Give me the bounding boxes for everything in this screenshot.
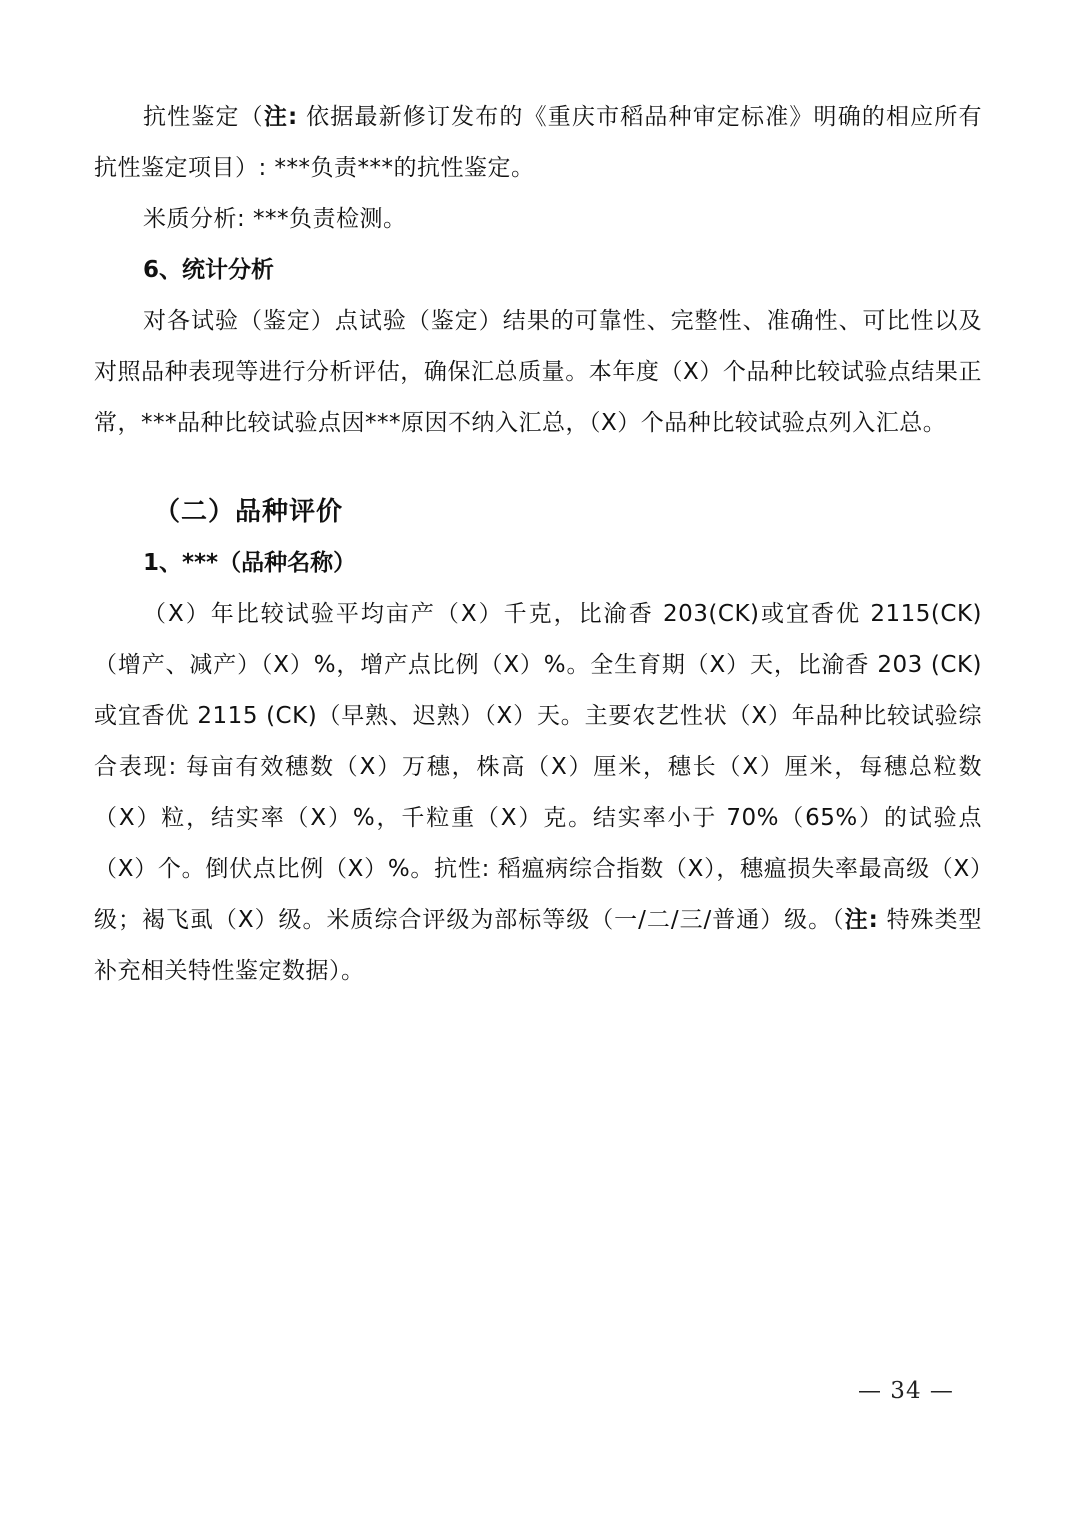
rice-quality-paragraph: 米质分析: ***负责检测。 bbox=[94, 194, 982, 245]
resistance-lead: 抗性鉴定（ bbox=[143, 104, 264, 130]
note-label: 注: bbox=[264, 104, 298, 130]
special-note-label: 注: bbox=[845, 907, 879, 933]
special-note-lead: （ bbox=[832, 907, 844, 933]
evaluation-paragraph: （X）年比较试验平均亩产（X）千克，比渝香 203(CK)或宜香优 2115(C… bbox=[94, 589, 982, 997]
document-page: 抗性鉴定（注: 依据最新修订发布的《重庆市稻品种审定标准》明确的相应所有抗性鉴定… bbox=[94, 92, 982, 997]
evaluation-text: （X）年比较试验平均亩产（X）千克，比渝香 203(CK)或宜香优 2115(C… bbox=[94, 601, 982, 933]
statistics-paragraph: 对各试验（鉴定）点试验（鉴定）结果的可靠性、完整性、准确性、可比性以及对照品种表… bbox=[94, 296, 982, 449]
page-number: — 34 — bbox=[858, 1378, 954, 1404]
heading-statistical-analysis: 6、统计分析 bbox=[94, 245, 982, 296]
resistance-paragraph: 抗性鉴定（注: 依据最新修订发布的《重庆市稻品种审定标准》明确的相应所有抗性鉴定… bbox=[94, 92, 982, 194]
section-heading-variety-evaluation: （二）品种评价 bbox=[94, 486, 982, 538]
item-heading-variety-name: 1、***（品种名称） bbox=[94, 538, 982, 589]
